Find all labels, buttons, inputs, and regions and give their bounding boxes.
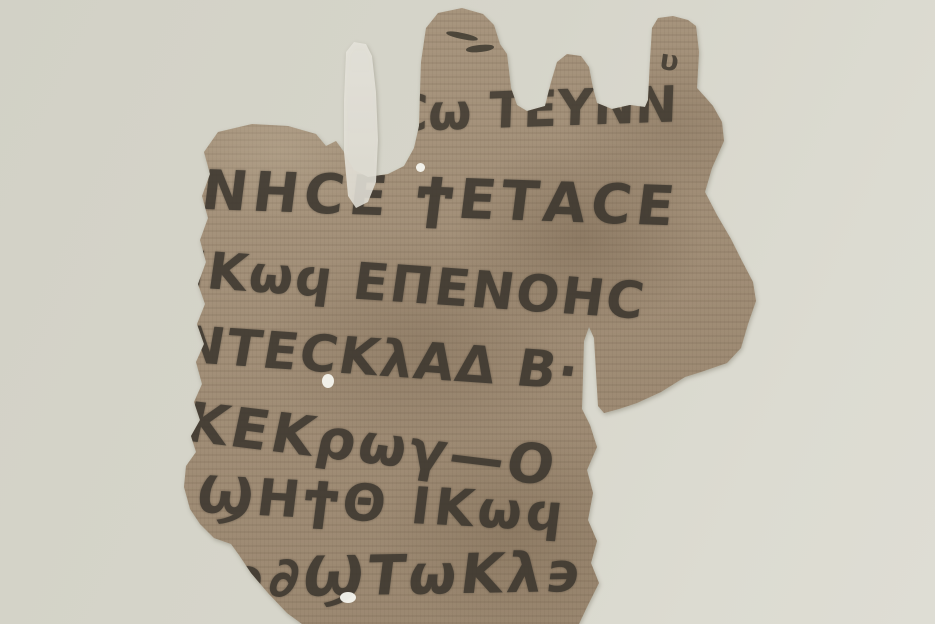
ink-layer: ΙϹω ΤΕΥΝΝ ΝΗϹΕ ϮΕΤΑϹΕ ΙΚωϥ ΕΠΕΝΟΗϹ ΝΤΕϹΚ… (0, 0, 935, 624)
ink-stroke-mark-2 (466, 44, 495, 54)
handwriting-line-7: ϶∂ϢΤωΚλ϶ (226, 540, 589, 610)
photograph: ΙϹω ΤΕΥΝΝ ΝΗϹΕ ϮΕΤΑϹΕ ΙΚωϥ ΕΠΕΝΟΗϹ ΝΤΕϹΚ… (0, 0, 935, 624)
handwriting-line-4: ΝΤΕϹΚλΑΔ Β· (177, 316, 585, 402)
handwriting-line-2: ΝΗϹΕ ϮΕΤΑϹΕ (198, 158, 683, 238)
papyrus-fragment: ΙϹω ΤΕΥΝΝ ΝΗϹΕ ϮΕΤΑϹΕ ΙΚωϥ ΕΠΕΝΟΗϹ ΝΤΕϹΚ… (0, 0, 935, 624)
papyrus-fragment-wrap: ΙϹω ΤΕΥΝΝ ΝΗϹΕ ϮΕΤΑϹΕ ΙΚωϥ ΕΠΕΝΟΗϹ ΝΤΕϹΚ… (0, 0, 935, 624)
damage-speck-2 (340, 592, 356, 603)
handwriting-line-1: ΙϹω ΤΕΥΝΝ (372, 75, 678, 144)
stray-ink-mark: υ (658, 43, 681, 78)
ink-stroke-mark-1 (446, 30, 479, 43)
damage-speck-3 (416, 163, 425, 172)
damage-speck-1 (322, 374, 334, 388)
handwriting-line-3: ΙΚωϥ ΕΠΕΝΟΗϹ (183, 241, 650, 332)
